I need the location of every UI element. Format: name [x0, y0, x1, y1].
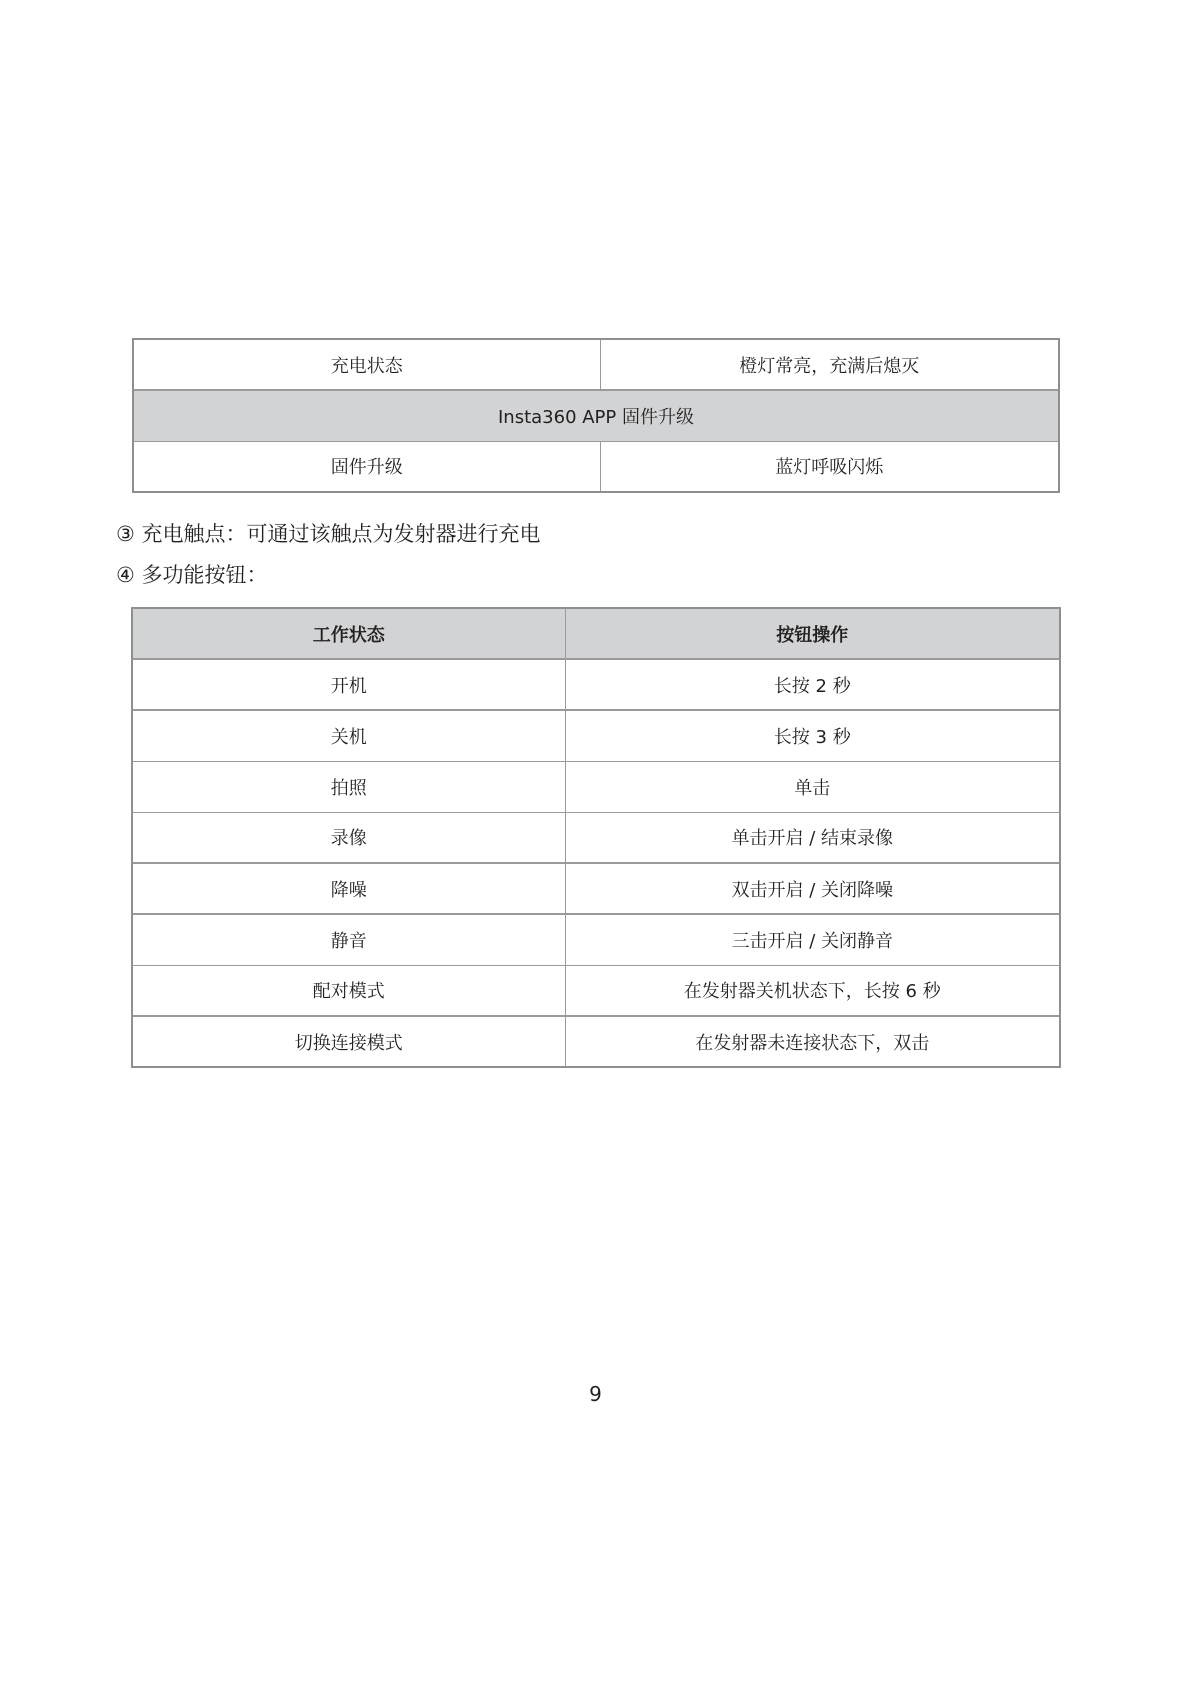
multifunction-button-item: ④ 多功能按钮：: [116, 561, 268, 589]
state-cell: 降噪: [132, 863, 565, 914]
table-row: 固件升级 蓝灯呼吸闪烁: [133, 441, 1059, 492]
state-cell: 拍照: [132, 761, 565, 812]
item-label: 充电触点：: [142, 522, 247, 546]
item-marker: ④: [116, 563, 135, 587]
table-header-row: 工作状态 按钮操作: [132, 608, 1060, 659]
item-text: 可通过该触点为发射器进行充电: [247, 522, 541, 546]
table-row: 降噪 双击开启 / 关闭降噪: [132, 863, 1060, 914]
operation-cell: 单击开启 / 结束录像: [565, 812, 1060, 863]
indicator-light-table: 充电状态 橙灯常亮，充满后熄灭 Insta360 APP 固件升级 固件升级 蓝…: [132, 338, 1060, 493]
table-row: 开机 长按 2 秒: [132, 659, 1060, 710]
table-row: 充电状态 橙灯常亮，充满后熄灭: [133, 339, 1059, 390]
button-operation-table: 工作状态 按钮操作 开机 长按 2 秒 关机 长按 3 秒 拍照 单击 录像 单…: [131, 607, 1061, 1068]
state-cell: 开机: [132, 659, 565, 710]
operation-cell: 在发射器未连接状态下，双击: [565, 1016, 1060, 1067]
operation-cell: 单击: [565, 761, 1060, 812]
table-row: 静音 三击开启 / 关闭静音: [132, 914, 1060, 965]
state-cell: 切换连接模式: [132, 1016, 565, 1067]
charging-contact-item: ③ 充电触点：可通过该触点为发射器进行充电: [116, 520, 541, 548]
section-row: Insta360 APP 固件升级: [133, 390, 1059, 441]
table-row: 录像 单击开启 / 结束录像: [132, 812, 1060, 863]
operation-cell: 双击开启 / 关闭降噪: [565, 863, 1060, 914]
state-cell: 静音: [132, 914, 565, 965]
indicator-cell: 橙灯常亮，充满后熄灭: [600, 339, 1059, 390]
column-header-state: 工作状态: [132, 608, 565, 659]
indicator-cell: 蓝灯呼吸闪烁: [600, 441, 1059, 492]
state-cell: 关机: [132, 710, 565, 761]
column-header-operation: 按钮操作: [565, 608, 1060, 659]
table-row: 配对模式 在发射器关机状态下，长按 6 秒: [132, 965, 1060, 1016]
item-marker: ③: [116, 522, 135, 546]
item-label: 多功能按钮：: [142, 563, 268, 587]
table-row: 拍照 单击: [132, 761, 1060, 812]
state-cell: 固件升级: [133, 441, 600, 492]
state-cell: 充电状态: [133, 339, 600, 390]
operation-cell: 在发射器关机状态下，长按 6 秒: [565, 965, 1060, 1016]
operation-cell: 长按 3 秒: [565, 710, 1060, 761]
state-cell: 录像: [132, 812, 565, 863]
table-row: 关机 长按 3 秒: [132, 710, 1060, 761]
operation-cell: 长按 2 秒: [565, 659, 1060, 710]
state-cell: 配对模式: [132, 965, 565, 1016]
page-number: 9: [0, 1382, 1191, 1406]
operation-cell: 三击开启 / 关闭静音: [565, 914, 1060, 965]
table-row: 切换连接模式 在发射器未连接状态下，双击: [132, 1016, 1060, 1067]
section-title-cell: Insta360 APP 固件升级: [133, 390, 1059, 441]
